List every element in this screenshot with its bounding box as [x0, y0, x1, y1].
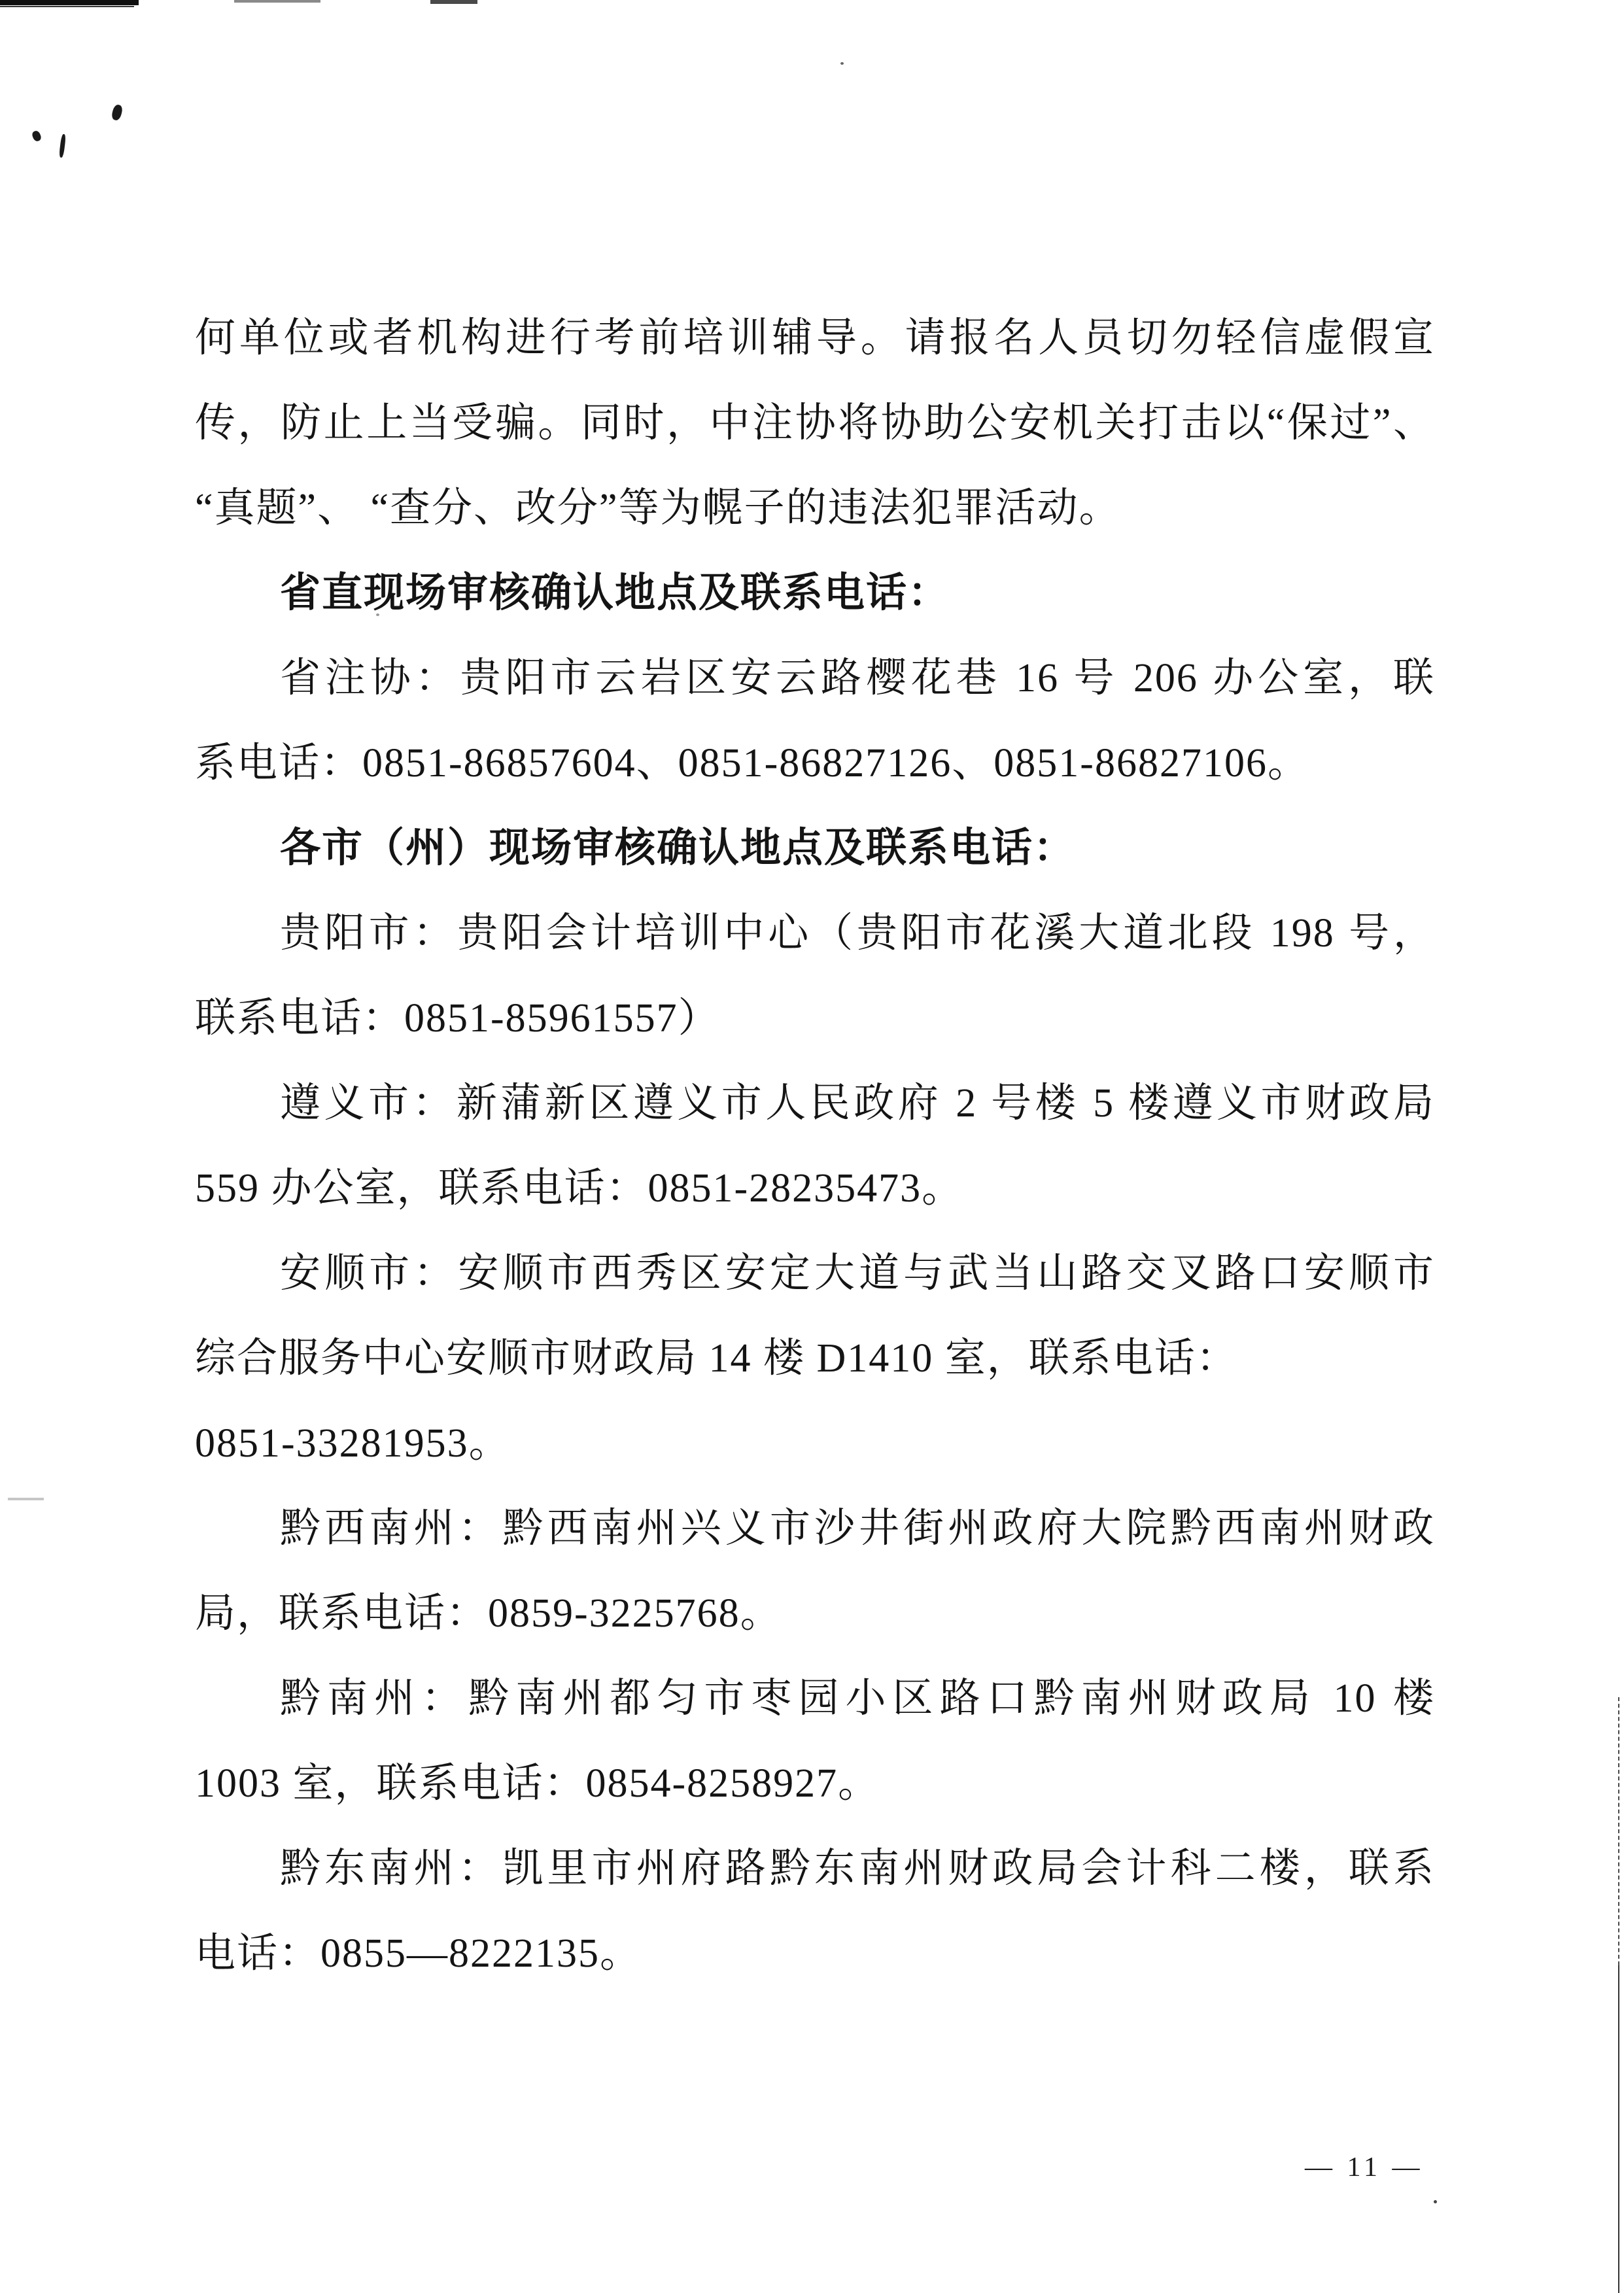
- scan-artifact-top-streak: [430, 0, 477, 4]
- body-line: “真题”、 “查分、改分”等为幌子的违法犯罪活动。: [195, 466, 1435, 551]
- document-body: 何单位或者机构进行考前培训辅导。请报名人员切勿轻信虚假宣 传，防止上当受骗。同时…: [195, 296, 1435, 1996]
- body-line: 1003 室，联系电话：0854-8258927。: [195, 1741, 1435, 1826]
- body-line: 综合服务中心安顺市财政局 14 楼 D1410 室，联系电话：: [195, 1316, 1435, 1401]
- section-heading-province: 省直现场审核确认地点及联系电话：: [195, 551, 1435, 636]
- scan-artifact-top-streak: [234, 0, 320, 3]
- scanned-document-page: 何单位或者机构进行考前培训辅导。请报名人员切勿轻信虚假宣 传，防止上当受骗。同时…: [0, 0, 1624, 2293]
- body-line: 黔东南州：凯里市州府路黔东南州财政局会计科二楼，联系: [195, 1826, 1435, 1911]
- body-line: 系电话：0851-86857604、0851-86827126、0851-868…: [195, 721, 1435, 806]
- page-number: — 11 —: [1305, 2152, 1423, 2183]
- scan-artifact-ink-mark: [59, 134, 66, 158]
- body-line: 电话：0855—8222135。: [195, 1911, 1435, 1996]
- body-line: 贵阳市：贵阳会计培训中心（贵阳市花溪大道北段 198 号，: [195, 891, 1435, 976]
- body-line: 黔南州：黔南州都匀市枣园小区路口黔南州财政局 10 楼: [195, 1656, 1435, 1741]
- scan-artifact-ink-mark: [31, 129, 43, 143]
- scan-artifact-edge-line: [1618, 1965, 1619, 2293]
- body-line: 559 办公室，联系电话：0851-28235473。: [195, 1146, 1435, 1231]
- body-line: 黔西南州：黔西南州兴义市沙井街州政府大院黔西南州财政: [195, 1486, 1435, 1571]
- scan-artifact-speck: [840, 62, 844, 65]
- body-line: 联系电话：0851-85961557）: [195, 976, 1435, 1061]
- body-line: 安顺市：安顺市西秀区安定大道与武当山路交叉路口安顺市: [195, 1231, 1435, 1316]
- scan-artifact-edge-line: [1618, 1697, 1619, 1965]
- scan-artifact-top-streak: [0, 0, 139, 5]
- scan-artifact-speck: [1434, 2200, 1437, 2203]
- body-line: 局，联系电话：0859-3225768。: [195, 1571, 1435, 1656]
- body-line: 省注协：贵阳市云岩区安云路樱花巷 16 号 206 办公室，联: [195, 636, 1435, 721]
- body-line: 何单位或者机构进行考前培训辅导。请报名人员切勿轻信虚假宣: [195, 296, 1435, 381]
- section-heading-cities: 各市（州）现场审核确认地点及联系电话：: [195, 806, 1435, 891]
- body-line: 传，防止上当受骗。同时，中注协将协助公安机关打击以“保过”、: [195, 381, 1435, 466]
- scan-artifact-left-dash: [8, 1498, 44, 1500]
- body-line: 0851-33281953。: [195, 1401, 1435, 1486]
- body-line: 遵义市：新蒲新区遵义市人民政府 2 号楼 5 楼遵义市财政局: [195, 1061, 1435, 1146]
- scan-artifact-ink-mark: [111, 104, 124, 122]
- scan-artifact-top-streak: [0, 6, 134, 7]
